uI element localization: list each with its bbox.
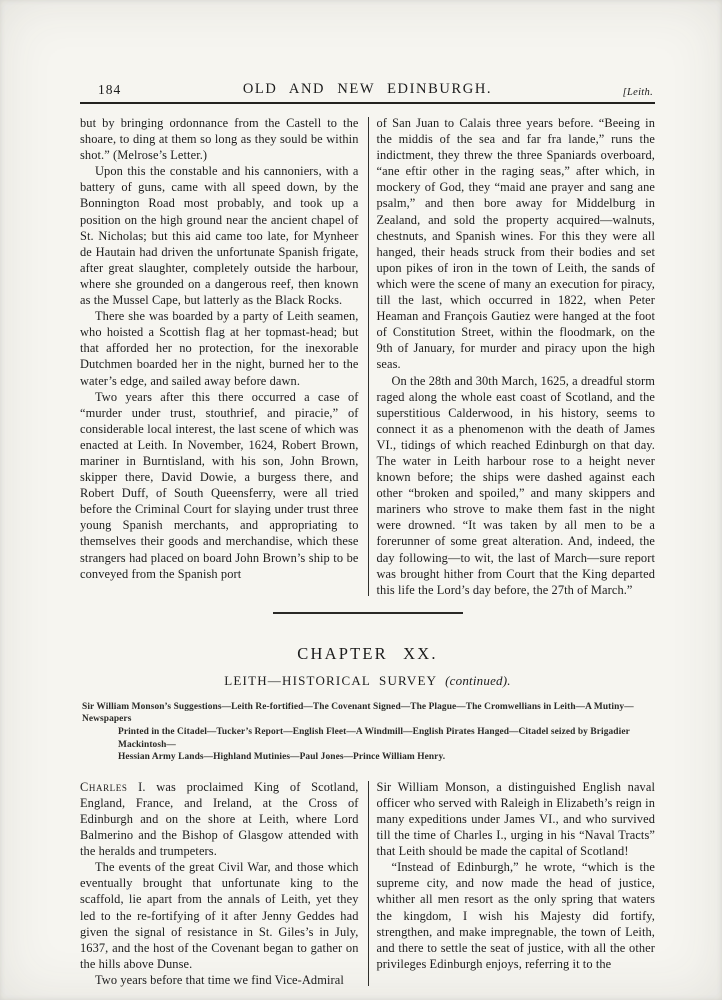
running-title: OLD AND NEW EDINBURGH. bbox=[80, 81, 655, 98]
chapter-subtitle-main: LEITH—HISTORICAL SURVEY bbox=[224, 673, 445, 688]
column-divider-rule bbox=[368, 781, 369, 986]
paragraph: Printed in the Citadel—Tucker’s Report—E… bbox=[82, 726, 653, 751]
paragraph: but by bringing ordonnance from the Cast… bbox=[80, 115, 359, 163]
chapter-heading: CHAPTER XX. bbox=[80, 644, 655, 664]
header-side-label: [Leith. bbox=[623, 87, 653, 98]
section-divider-rule bbox=[273, 612, 463, 614]
paragraph: Two years before that time we find Vice-… bbox=[80, 972, 359, 988]
bottom-text-section: Charles I. was proclaimed King of Scotla… bbox=[80, 779, 655, 988]
top-text-section: but by bringing ordonnance from the Cast… bbox=[80, 115, 655, 598]
paragraph: Hessian Army Lands—Highland Mutinies—Pau… bbox=[82, 751, 653, 764]
paragraph: “Instead of Edinburgh,” he wrote, “which… bbox=[377, 859, 656, 972]
top-right-column: of San Juan to Calais three years before… bbox=[377, 115, 656, 598]
paragraph: of San Juan to Calais three years before… bbox=[377, 115, 656, 373]
smallcaps-lead-word: Charles bbox=[80, 780, 127, 794]
paragraph: On the 28th and 30th March, 1625, a drea… bbox=[377, 373, 656, 598]
chapter-subtitle-end: ). bbox=[503, 673, 511, 688]
column-divider-rule bbox=[368, 117, 369, 596]
top-left-column: but by bringing ordonnance from the Cast… bbox=[80, 115, 359, 598]
running-header: 184 OLD AND NEW EDINBURGH. [Leith. bbox=[80, 76, 655, 98]
chapter-subtitle-continued: (continued bbox=[445, 673, 503, 688]
paragraph: There she was boarded by a party of Leit… bbox=[80, 308, 359, 388]
chapter-summary: Sir William Monson’s Suggestions—Leith R… bbox=[80, 701, 655, 764]
bottom-right-column: Sir William Monson, a distinguished Engl… bbox=[377, 779, 656, 988]
chapter-subtitle: LEITH—HISTORICAL SURVEY (continued). bbox=[80, 673, 655, 689]
paragraph: Charles I. was proclaimed King of Scotla… bbox=[80, 779, 359, 859]
bottom-left-column: Charles I. was proclaimed King of Scotla… bbox=[80, 779, 359, 988]
paragraph: Two years after this there occurred a ca… bbox=[80, 389, 359, 582]
paragraph: The events of the great Civil War, and t… bbox=[80, 859, 359, 972]
paragraph: Sir William Monson’s Suggestions—Leith R… bbox=[82, 701, 653, 726]
paragraph: Upon this the constable and his cannonie… bbox=[80, 163, 359, 308]
paragraph: Sir William Monson, a distinguished Engl… bbox=[377, 779, 656, 859]
book-page: 184 OLD AND NEW EDINBURGH. [Leith. but b… bbox=[0, 0, 722, 1000]
header-rule bbox=[80, 102, 655, 104]
